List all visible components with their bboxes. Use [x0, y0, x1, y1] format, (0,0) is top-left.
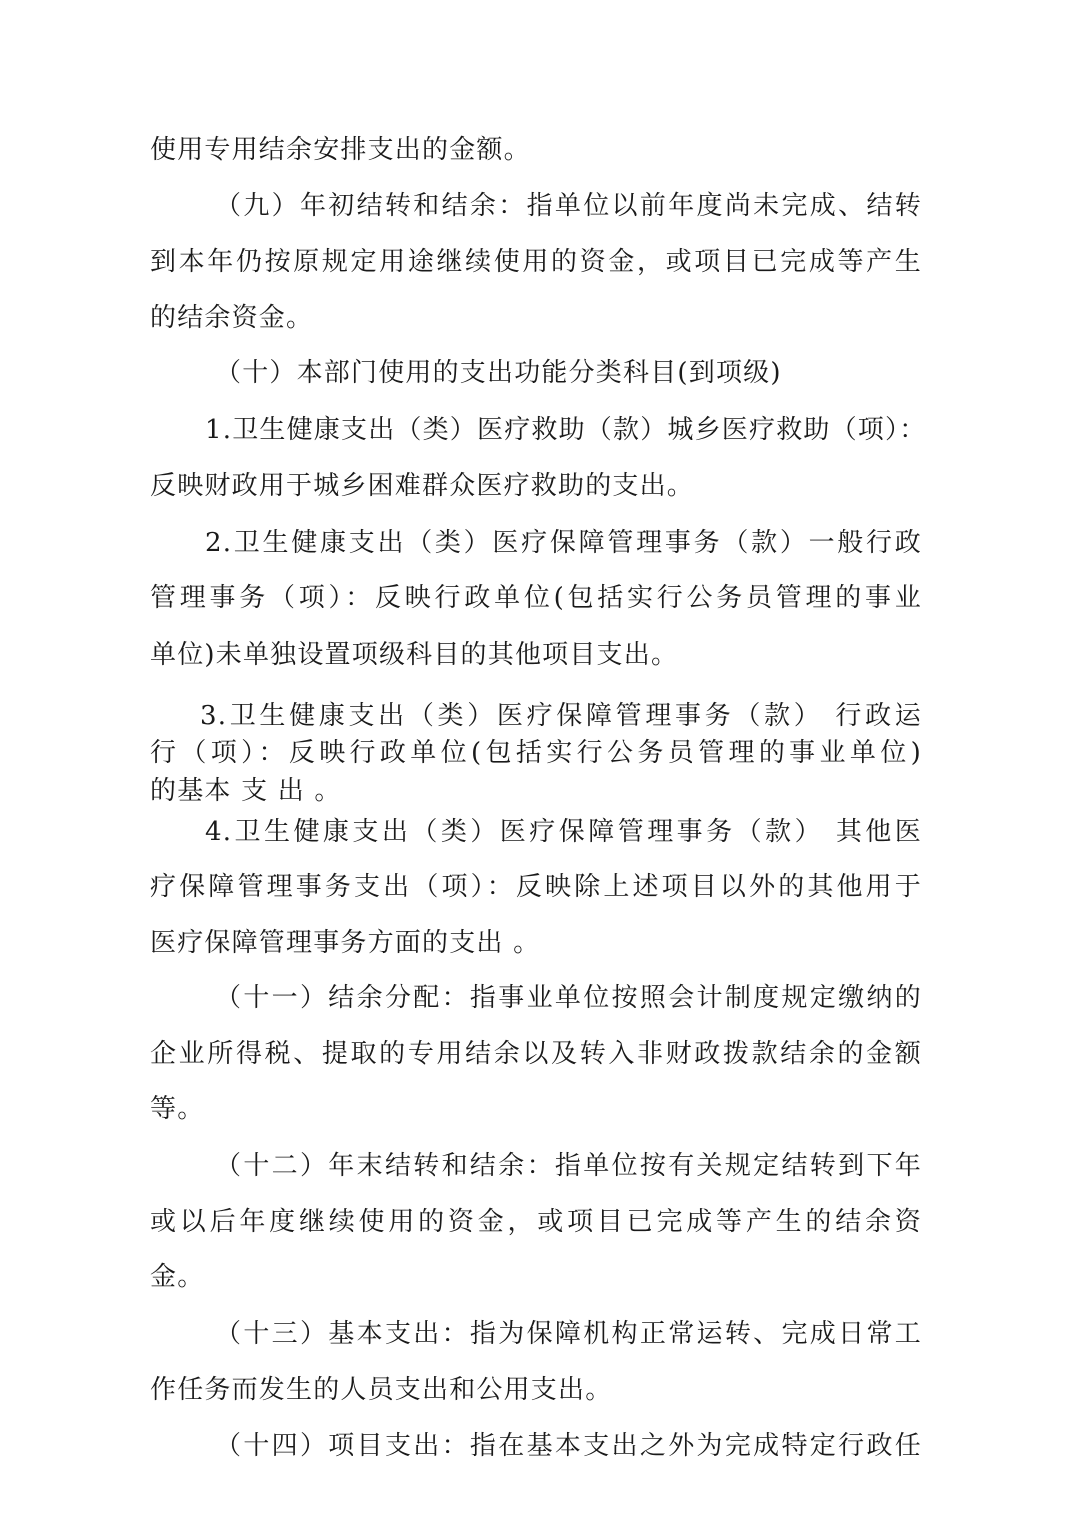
text-line: （十二）年末结转和结余：指单位按有关规定结转到下年 — [215, 1150, 922, 1182]
text-line: 3.卫生健康支出（类）医疗保障管理事务（款） 行政运 — [200, 700, 922, 732]
text-line: 2.卫生健康支出（类）医疗保障管理事务（款）一般行政 — [205, 527, 922, 559]
text-line: 使用专用结余安排支出的金额。 — [150, 134, 922, 166]
text-line: 4.卫生健康支出（类）医疗保障管理事务（款） 其他医 — [205, 816, 922, 848]
text-line: 的基本 支 出 。 — [150, 775, 922, 807]
text-line: 等。 — [150, 1093, 922, 1125]
text-line: 管理事务（项）：反映行政单位(包括实行公务员管理的事业 — [150, 582, 922, 614]
text-line: 1.卫生健康支出（类）医疗救助（款）城乡医疗救助（项）： — [205, 414, 922, 446]
text-line: （十四）项目支出：指在基本支出之外为完成特定行政任 — [215, 1430, 922, 1462]
text-line: （十一）结余分配：指事业单位按照会计制度规定缴纳的 — [215, 982, 922, 1014]
text-line: 单位)未单独设置项级科目的其他项目支出。 — [150, 639, 922, 671]
text-line: （十三）基本支出：指为保障机构正常运转、完成日常工 — [215, 1318, 922, 1350]
text-line: 作任务而发生的人员支出和公用支出。 — [150, 1374, 922, 1406]
text-line: （九）年初结转和结余：指单位以前年度尚未完成、结转 — [215, 190, 922, 222]
text-line: 或以后年度继续使用的资金，或项目已完成等产生的结余资 — [150, 1206, 922, 1238]
text-line: 到本年仍按原规定用途继续使用的资金，或项目已完成等产生 — [150, 246, 922, 278]
text-line: 反映财政用于城乡困难群众医疗救助的支出。 — [150, 470, 922, 502]
text-line: 行（项）：反映行政单位(包括实行公务员管理的事业单位) — [150, 737, 922, 769]
text-line: 企业所得税、提取的专用结余以及转入非财政拨款结余的金额 — [150, 1038, 922, 1070]
text-line: （十）本部门使用的支出功能分类科目(到项级) — [215, 357, 922, 389]
text-line: 金。 — [150, 1261, 922, 1293]
text-line: 的结余资金。 — [150, 302, 922, 334]
text-line: 疗保障管理事务支出（项）：反映除上述项目以外的其他用于 — [150, 871, 922, 903]
text-line: 医疗保障管理事务方面的支出 。 — [150, 927, 922, 959]
